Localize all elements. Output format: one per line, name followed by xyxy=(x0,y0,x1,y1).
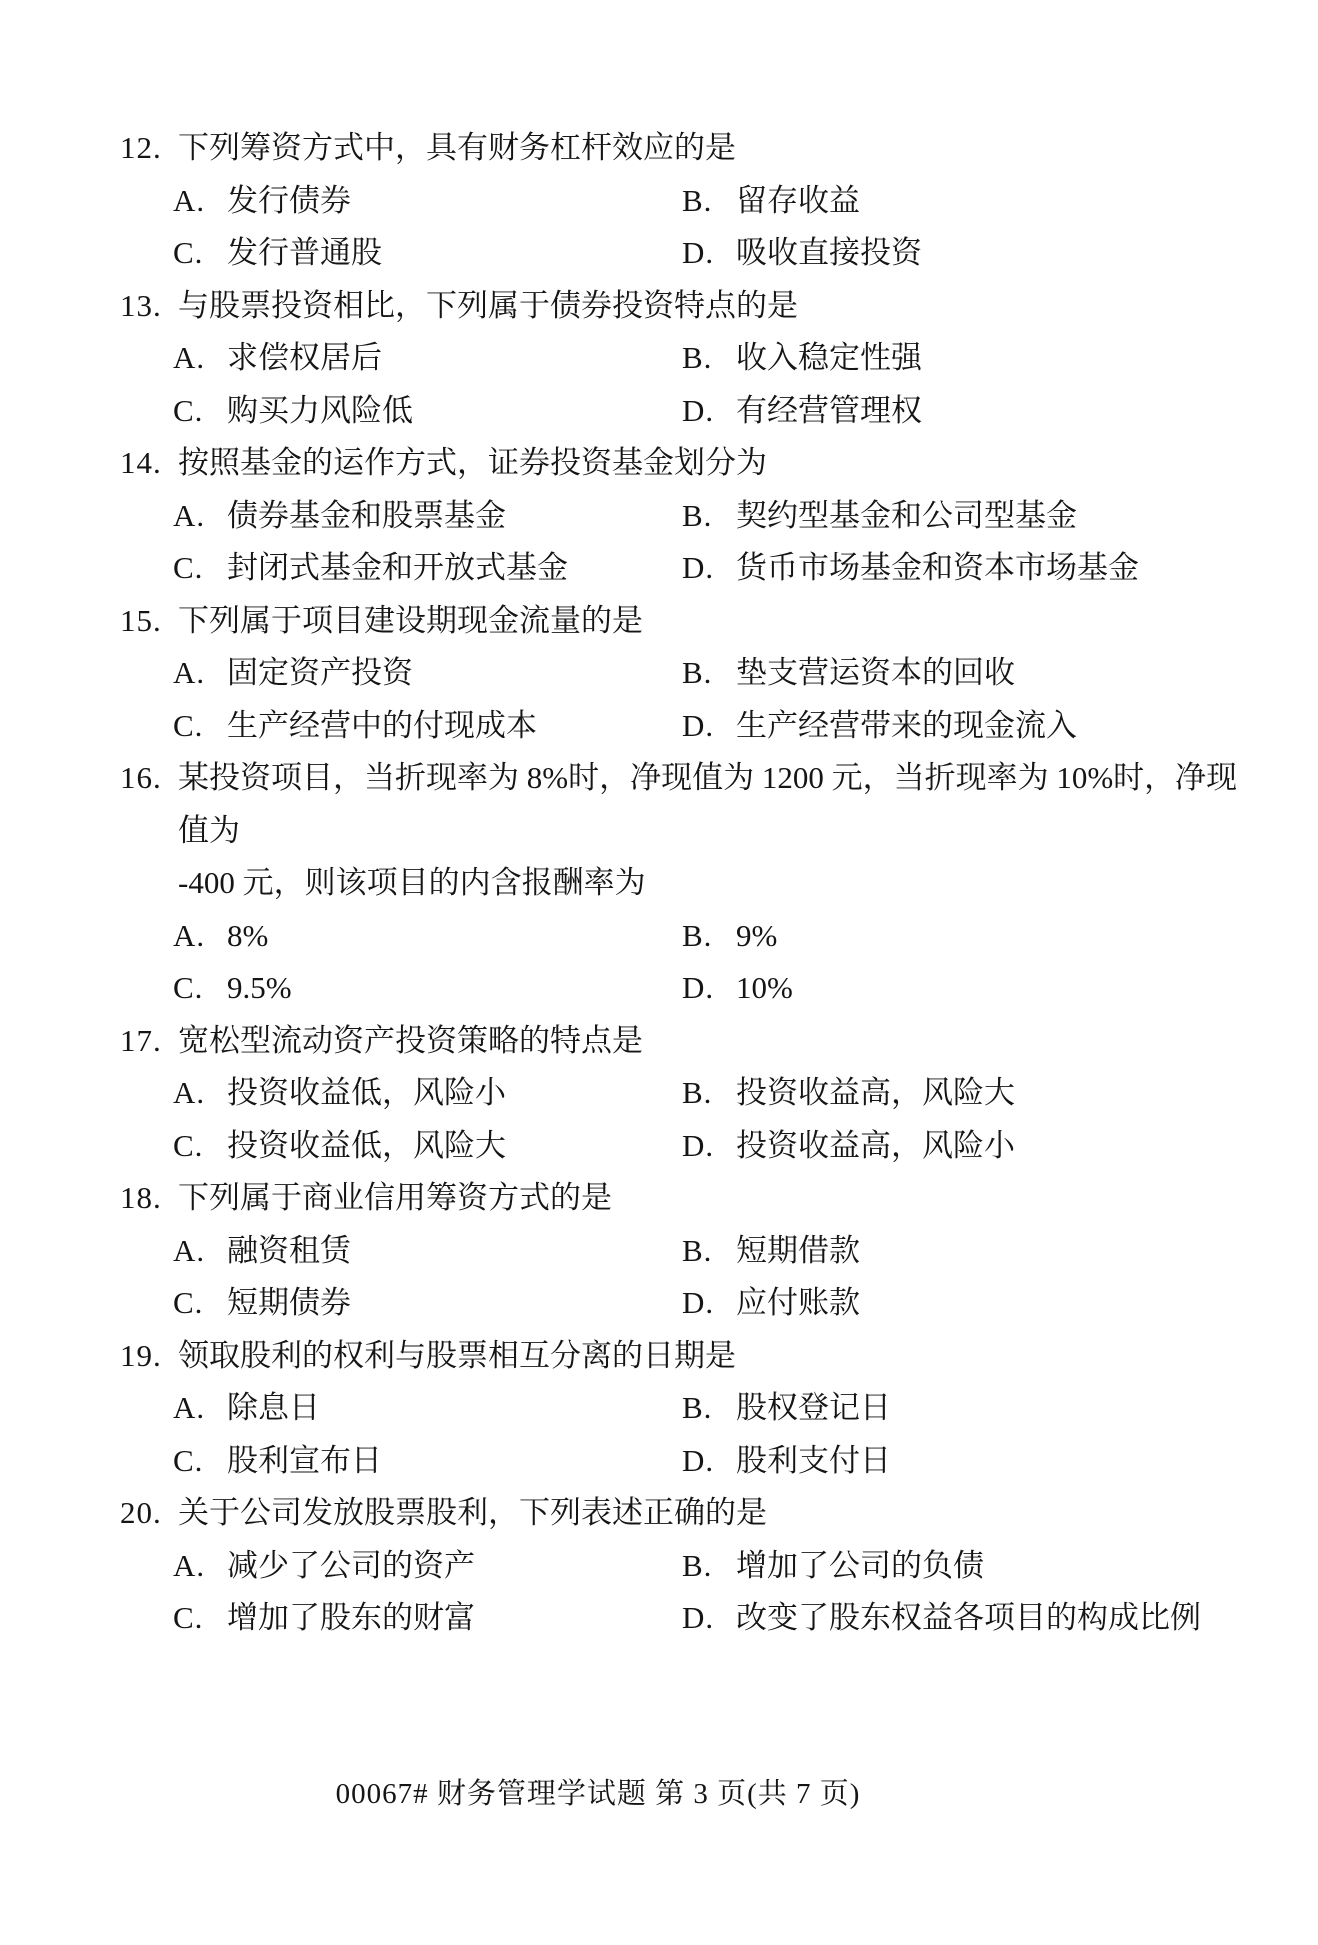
question-number: 14. xyxy=(120,437,178,490)
question-number: 13. xyxy=(120,280,178,333)
option-text: 投资收益低，风险小 xyxy=(227,1067,506,1120)
option-letter: A. xyxy=(173,1225,227,1278)
question-block: 14.按照基金的运作方式，证券投资基金划分为 A.债券基金和股票基金B.契约型基… xyxy=(120,437,1260,595)
footer-text: 00067# 财务管理学试题 第 3 页(共 7 页) xyxy=(336,1778,861,1810)
option-text: 吸收直接投资 xyxy=(736,227,922,280)
question-text: 与股票投资相比，下列属于债券投资特点的是 xyxy=(178,280,1260,333)
option-letter: B. xyxy=(682,1382,736,1435)
answer-option: A.8% xyxy=(173,910,682,963)
question-options: A.减少了公司的资产B.增加了公司的负债C.增加了股东的财富D.改变了股东权益各… xyxy=(173,1540,1260,1645)
question-stem: 20.关于公司发放股票股利，下列表述正确的是 xyxy=(120,1487,1260,1540)
option-text: 契约型基金和公司型基金 xyxy=(736,490,1077,543)
answer-option: D.应付账款 xyxy=(682,1277,1260,1330)
question-stem: 16.某投资项目，当折现率为 8%时，净现值为 1200 元，当折现率为 10%… xyxy=(120,752,1260,910)
option-letter: D. xyxy=(682,227,736,280)
option-text: 10% xyxy=(736,962,793,1015)
option-letter: A. xyxy=(173,910,227,963)
answer-option: D.10% xyxy=(682,962,1260,1015)
question-number: 15. xyxy=(120,595,178,648)
answer-option: C.生产经营中的付现成本 xyxy=(173,700,682,753)
question-number: 16. xyxy=(120,752,178,857)
option-letter: C. xyxy=(173,700,227,753)
answer-option: C.投资收益低，风险大 xyxy=(173,1120,682,1173)
option-letter: D. xyxy=(682,542,736,595)
option-text: 股利支付日 xyxy=(736,1435,891,1488)
answer-option: B.9% xyxy=(682,910,1260,963)
option-letter: D. xyxy=(682,1277,736,1330)
option-text: 股权登记日 xyxy=(736,1382,891,1435)
option-text: 生产经营带来的现金流入 xyxy=(736,700,1077,753)
answer-option: A.除息日 xyxy=(173,1382,682,1435)
option-text: 封闭式基金和开放式基金 xyxy=(227,542,568,595)
option-text: 发行债券 xyxy=(227,175,351,228)
option-letter: A. xyxy=(173,175,227,228)
question-line: 13.与股票投资相比，下列属于债券投资特点的是 xyxy=(120,280,1260,333)
answer-option: B.契约型基金和公司型基金 xyxy=(682,490,1260,543)
question-text: 关于公司发放股票股利，下列表述正确的是 xyxy=(178,1487,1260,1540)
option-text: 增加了公司的负债 xyxy=(736,1540,984,1593)
option-letter: A. xyxy=(173,1540,227,1593)
answer-option: A.固定资产投资 xyxy=(173,647,682,700)
answer-option: A.发行债券 xyxy=(173,175,682,228)
option-text: 短期债券 xyxy=(227,1277,351,1330)
option-letter: A. xyxy=(173,647,227,700)
question-options: A.8%B.9%C.9.5%D.10% xyxy=(173,910,1260,1015)
question-stem: 13.与股票投资相比，下列属于债券投资特点的是 xyxy=(120,280,1260,333)
option-letter: B. xyxy=(682,1540,736,1593)
question-text: 下列筹资方式中，具有财务杠杆效应的是 xyxy=(178,122,1260,175)
question-stem: 14.按照基金的运作方式，证券投资基金划分为 xyxy=(120,437,1260,490)
answer-option: D.有经营管理权 xyxy=(682,385,1260,438)
exam-page: 12.下列筹资方式中，具有财务杠杆效应的是 A.发行债券B.留存收益C.发行普通… xyxy=(0,0,1318,1945)
answer-option: B.短期借款 xyxy=(682,1225,1260,1278)
option-text: 生产经营中的付现成本 xyxy=(227,700,537,753)
question-block: 13.与股票投资相比，下列属于债券投资特点的是 A.求偿权居后B.收入稳定性强C… xyxy=(120,280,1260,438)
answer-option: B.增加了公司的负债 xyxy=(682,1540,1260,1593)
option-letter: C. xyxy=(173,962,227,1015)
option-text: 8% xyxy=(227,910,268,963)
option-letter: C. xyxy=(173,1435,227,1488)
question-number: 12. xyxy=(120,122,178,175)
question-line-continued: -400 元，则该项目的内含报酬率为 xyxy=(120,857,1260,910)
question-text: -400 元，则该项目的内含报酬率为 xyxy=(178,857,1260,910)
option-letter: B. xyxy=(682,1225,736,1278)
option-letter: A. xyxy=(173,1067,227,1120)
question-block: 19.领取股利的权利与股票相互分离的日期是 A.除息日B.股权登记日C.股利宣布… xyxy=(120,1330,1260,1488)
question-options: A.发行债券B.留存收益C.发行普通股D.吸收直接投资 xyxy=(173,175,1260,280)
question-block: 16.某投资项目，当折现率为 8%时，净现值为 1200 元，当折现率为 10%… xyxy=(120,752,1260,1015)
option-text: 有经营管理权 xyxy=(736,385,922,438)
option-letter: B. xyxy=(682,332,736,385)
option-text: 固定资产投资 xyxy=(227,647,413,700)
question-block: 18.下列属于商业信用筹资方式的是 A.融资租赁B.短期借款C.短期债券D.应付… xyxy=(120,1172,1260,1330)
question-number: 20. xyxy=(120,1487,178,1540)
question-number xyxy=(120,857,178,910)
page-footer: 00067# 财务管理学试题 第 3 页(共 7 页) xyxy=(0,1772,1318,1816)
question-text: 下列属于项目建设期现金流量的是 xyxy=(178,595,1260,648)
option-letter: C. xyxy=(173,1277,227,1330)
question-line: 18.下列属于商业信用筹资方式的是 xyxy=(120,1172,1260,1225)
answer-option: A.求偿权居后 xyxy=(173,332,682,385)
option-text: 债券基金和股票基金 xyxy=(227,490,506,543)
question-text: 宽松型流动资产投资策略的特点是 xyxy=(178,1015,1260,1068)
option-letter: C. xyxy=(173,1592,227,1645)
question-block: 17.宽松型流动资产投资策略的特点是 A.投资收益低，风险小B.投资收益高，风险… xyxy=(120,1015,1260,1173)
question-stem: 17.宽松型流动资产投资策略的特点是 xyxy=(120,1015,1260,1068)
answer-option: A.债券基金和股票基金 xyxy=(173,490,682,543)
option-text: 购买力风险低 xyxy=(227,385,413,438)
answer-option: D.股利支付日 xyxy=(682,1435,1260,1488)
option-text: 求偿权居后 xyxy=(227,332,382,385)
option-text: 改变了股东权益各项目的构成比例 xyxy=(736,1592,1201,1645)
question-text: 按照基金的运作方式，证券投资基金划分为 xyxy=(178,437,1260,490)
answer-option: B.留存收益 xyxy=(682,175,1260,228)
option-text: 发行普通股 xyxy=(227,227,382,280)
answer-option: C.购买力风险低 xyxy=(173,385,682,438)
answer-option: D.货币市场基金和资本市场基金 xyxy=(682,542,1260,595)
answer-option: D.改变了股东权益各项目的构成比例 xyxy=(682,1592,1260,1645)
option-letter: C. xyxy=(173,227,227,280)
question-text: 领取股利的权利与股票相互分离的日期是 xyxy=(178,1330,1260,1383)
option-text: 减少了公司的资产 xyxy=(227,1540,475,1593)
answer-option: B.股权登记日 xyxy=(682,1382,1260,1435)
question-line: 17.宽松型流动资产投资策略的特点是 xyxy=(120,1015,1260,1068)
question-stem: 12.下列筹资方式中，具有财务杠杆效应的是 xyxy=(120,122,1260,175)
answer-option: D.投资收益高，风险小 xyxy=(682,1120,1260,1173)
option-letter: B. xyxy=(682,175,736,228)
question-line: 20.关于公司发放股票股利，下列表述正确的是 xyxy=(120,1487,1260,1540)
option-letter: B. xyxy=(682,910,736,963)
question-text: 某投资项目，当折现率为 8%时，净现值为 1200 元，当折现率为 10%时，净… xyxy=(178,752,1260,857)
question-stem: 15.下列属于项目建设期现金流量的是 xyxy=(120,595,1260,648)
option-text: 增加了股东的财富 xyxy=(227,1592,475,1645)
question-options: A.债券基金和股票基金B.契约型基金和公司型基金C.封闭式基金和开放式基金D.货… xyxy=(173,490,1260,595)
option-text: 股利宣布日 xyxy=(227,1435,382,1488)
question-number: 18. xyxy=(120,1172,178,1225)
option-letter: D. xyxy=(682,1120,736,1173)
answer-option: B.投资收益高，风险大 xyxy=(682,1067,1260,1120)
option-letter: D. xyxy=(682,1592,736,1645)
option-text: 投资收益高，风险大 xyxy=(736,1067,1015,1120)
question-options: A.投资收益低，风险小B.投资收益高，风险大C.投资收益低，风险大D.投资收益高… xyxy=(173,1067,1260,1172)
option-letter: A. xyxy=(173,490,227,543)
answer-option: C.9.5% xyxy=(173,962,682,1015)
option-text: 投资收益高，风险小 xyxy=(736,1120,1015,1173)
question-line: 12.下列筹资方式中，具有财务杠杆效应的是 xyxy=(120,122,1260,175)
question-options: A.固定资产投资B.垫支营运资本的回收C.生产经营中的付现成本D.生产经营带来的… xyxy=(173,647,1260,752)
option-letter: A. xyxy=(173,332,227,385)
question-number: 19. xyxy=(120,1330,178,1383)
answer-option: C.股利宣布日 xyxy=(173,1435,682,1488)
question-options: A.除息日B.股权登记日C.股利宣布日D.股利支付日 xyxy=(173,1382,1260,1487)
answer-option: D.吸收直接投资 xyxy=(682,227,1260,280)
question-line: 15.下列属于项目建设期现金流量的是 xyxy=(120,595,1260,648)
answer-option: D.生产经营带来的现金流入 xyxy=(682,700,1260,753)
option-letter: C. xyxy=(173,385,227,438)
question-text: 下列属于商业信用筹资方式的是 xyxy=(178,1172,1260,1225)
question-stem: 19.领取股利的权利与股票相互分离的日期是 xyxy=(120,1330,1260,1383)
question-block: 12.下列筹资方式中，具有财务杠杆效应的是 A.发行债券B.留存收益C.发行普通… xyxy=(120,122,1260,280)
option-text: 货币市场基金和资本市场基金 xyxy=(736,542,1139,595)
option-text: 9.5% xyxy=(227,962,292,1015)
answer-option: B.垫支营运资本的回收 xyxy=(682,647,1260,700)
question-number: 17. xyxy=(120,1015,178,1068)
answer-option: C.增加了股东的财富 xyxy=(173,1592,682,1645)
answer-option: C.短期债券 xyxy=(173,1277,682,1330)
question-options: A.求偿权居后B.收入稳定性强C.购买力风险低D.有经营管理权 xyxy=(173,332,1260,437)
question-line: 14.按照基金的运作方式，证券投资基金划分为 xyxy=(120,437,1260,490)
option-letter: C. xyxy=(173,542,227,595)
questions-area: 12.下列筹资方式中，具有财务杠杆效应的是 A.发行债券B.留存收益C.发行普通… xyxy=(0,0,1318,1645)
option-text: 留存收益 xyxy=(736,175,860,228)
option-letter: B. xyxy=(682,490,736,543)
option-text: 垫支营运资本的回收 xyxy=(736,647,1015,700)
option-letter: A. xyxy=(173,1382,227,1435)
question-line: 19.领取股利的权利与股票相互分离的日期是 xyxy=(120,1330,1260,1383)
option-text: 收入稳定性强 xyxy=(736,332,922,385)
option-text: 短期借款 xyxy=(736,1225,860,1278)
answer-option: C.封闭式基金和开放式基金 xyxy=(173,542,682,595)
option-letter: B. xyxy=(682,647,736,700)
question-block: 15.下列属于项目建设期现金流量的是 A.固定资产投资B.垫支营运资本的回收C.… xyxy=(120,595,1260,753)
option-text: 除息日 xyxy=(227,1382,320,1435)
option-text: 投资收益低，风险大 xyxy=(227,1120,506,1173)
answer-option: A.投资收益低，风险小 xyxy=(173,1067,682,1120)
option-letter: C. xyxy=(173,1120,227,1173)
option-letter: D. xyxy=(682,1435,736,1488)
answer-option: B.收入稳定性强 xyxy=(682,332,1260,385)
option-text: 9% xyxy=(736,910,777,963)
option-letter: D. xyxy=(682,962,736,1015)
question-line: 16.某投资项目，当折现率为 8%时，净现值为 1200 元，当折现率为 10%… xyxy=(120,752,1260,857)
option-letter: D. xyxy=(682,700,736,753)
answer-option: C.发行普通股 xyxy=(173,227,682,280)
option-text: 应付账款 xyxy=(736,1277,860,1330)
question-block: 20.关于公司发放股票股利，下列表述正确的是 A.减少了公司的资产B.增加了公司… xyxy=(120,1487,1260,1645)
option-letter: B. xyxy=(682,1067,736,1120)
option-letter: D. xyxy=(682,385,736,438)
option-text: 融资租赁 xyxy=(227,1225,351,1278)
question-stem: 18.下列属于商业信用筹资方式的是 xyxy=(120,1172,1260,1225)
question-options: A.融资租赁B.短期借款C.短期债券D.应付账款 xyxy=(173,1225,1260,1330)
answer-option: A.减少了公司的资产 xyxy=(173,1540,682,1593)
answer-option: A.融资租赁 xyxy=(173,1225,682,1278)
